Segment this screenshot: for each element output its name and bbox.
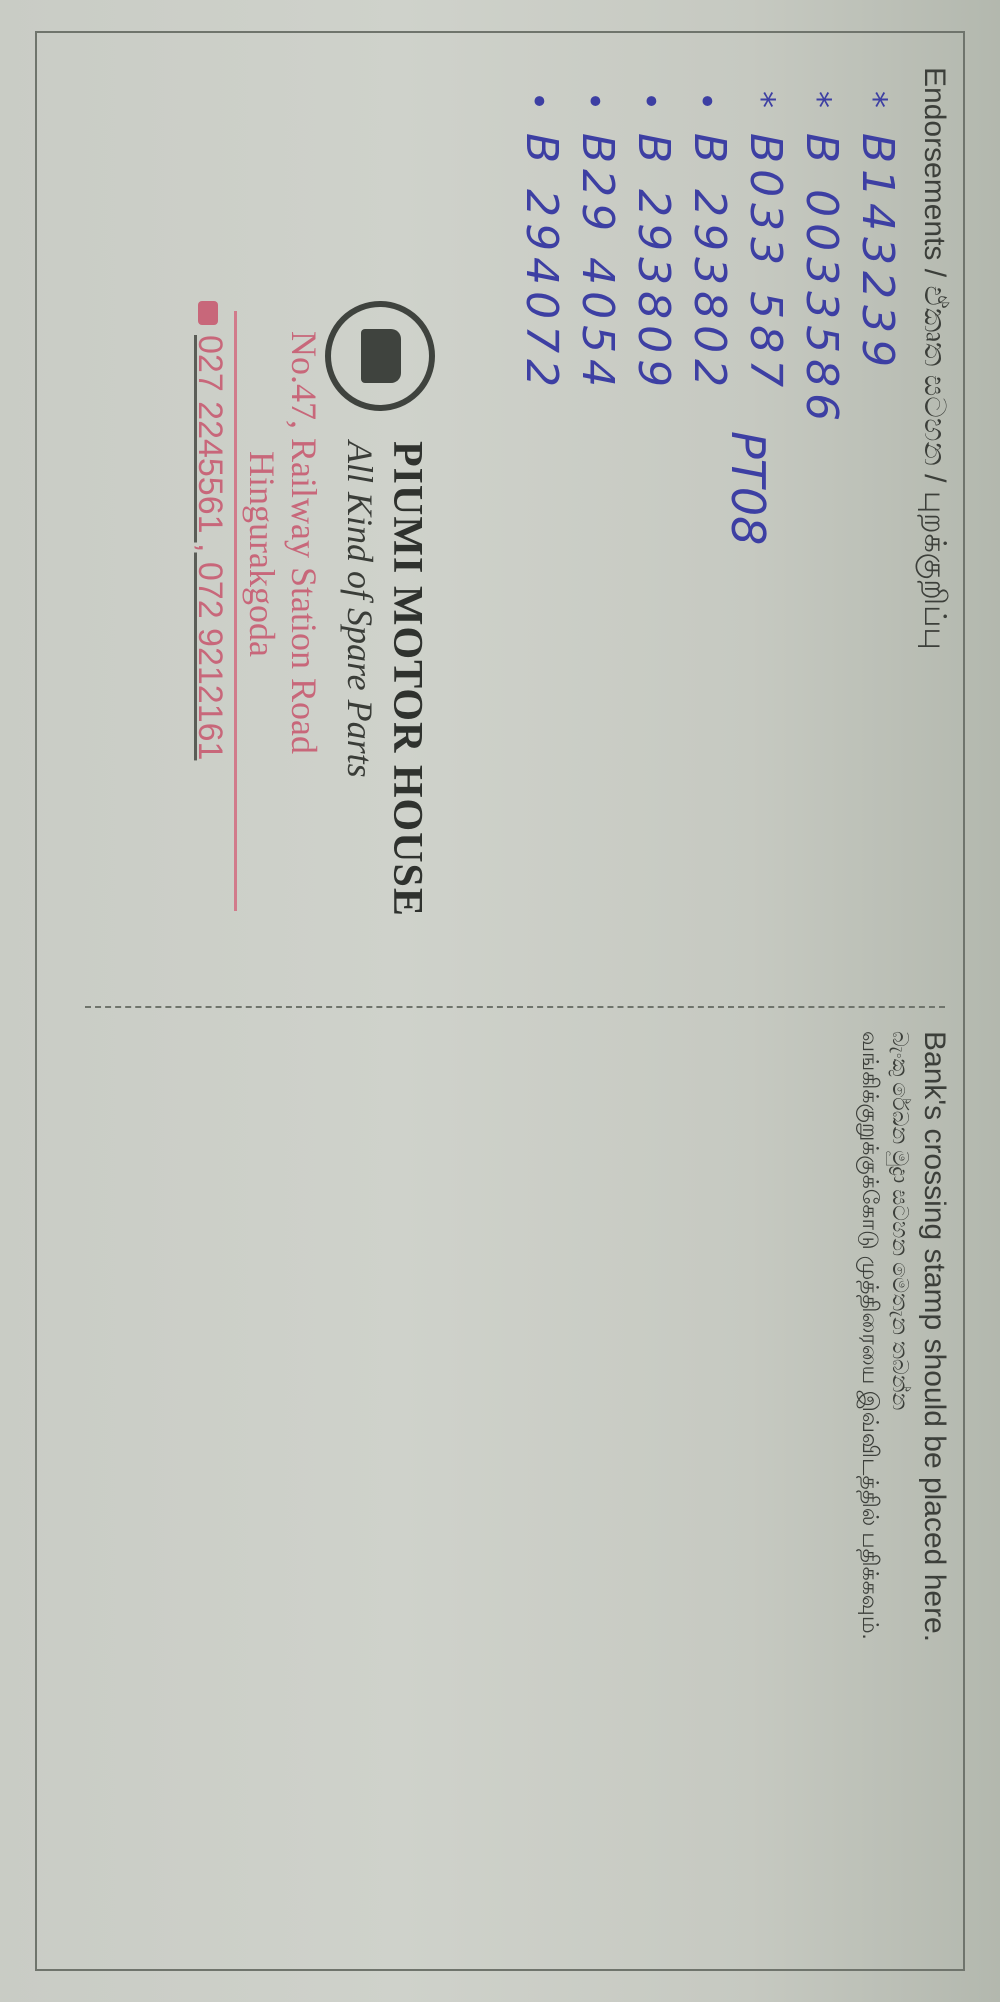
cheque-back: Endorsements / ඒකෘත සටහන / புறக்குறிப்பு… xyxy=(35,31,965,1971)
bank-crossing-stamp-area: Bank's crossing stamp should be placed h… xyxy=(854,1031,951,1951)
endorsements-title: Endorsements / ඒකෘත සටහන / புறக்குறிப்பு xyxy=(913,67,951,650)
list-item: •B 293809 xyxy=(625,91,681,427)
list-item: *B 0033586 xyxy=(793,91,849,427)
car-emblem-icon xyxy=(325,301,435,411)
section-divider xyxy=(85,1006,945,1008)
stamp-business-name: PIUMI MOTOR HOUSE xyxy=(383,441,431,917)
stamp-address-line2: Hingurakgoda xyxy=(241,451,283,657)
business-stamp: PIUMI MOTOR HOUSE All Kind of Spare Part… xyxy=(115,301,435,961)
cheque-photo: Endorsements / ඒකෘත සටහන / புறக்குறிப்பு… xyxy=(0,0,1000,2002)
stamp-tagline: All Kind of Spare Parts xyxy=(339,441,381,778)
bank-stamp-instruction-ta: வங்கிக்குறுக்குக்கோடு முத்திரையை இவ்விடத… xyxy=(854,1031,883,1951)
handwritten-cheque-numbers: *B143239 *B 0033586 *B033 587 •B 293802 … xyxy=(513,91,905,427)
list-item: *B143239 xyxy=(849,91,905,427)
stamp-phone: 027 2245561 , 072 9212161 xyxy=(190,301,229,760)
stamp-divider xyxy=(234,311,237,911)
bank-stamp-instruction-si: බැංකු රේඛන මුද්‍රා සටහන මෙතැන තබන්න xyxy=(887,1031,913,1951)
handwritten-initials: PT08 xyxy=(721,431,775,545)
list-item: •B 293802 xyxy=(681,91,737,427)
list-item: *B033 587 xyxy=(737,91,793,427)
telephone-icon xyxy=(198,301,218,325)
list-item: •B 294072 xyxy=(513,91,569,427)
list-item: •B29 4054 xyxy=(569,91,625,427)
stamp-address-line1: No.47, Railway Station Road xyxy=(283,331,325,754)
bank-stamp-instruction-en: Bank's crossing stamp should be placed h… xyxy=(917,1031,951,1951)
